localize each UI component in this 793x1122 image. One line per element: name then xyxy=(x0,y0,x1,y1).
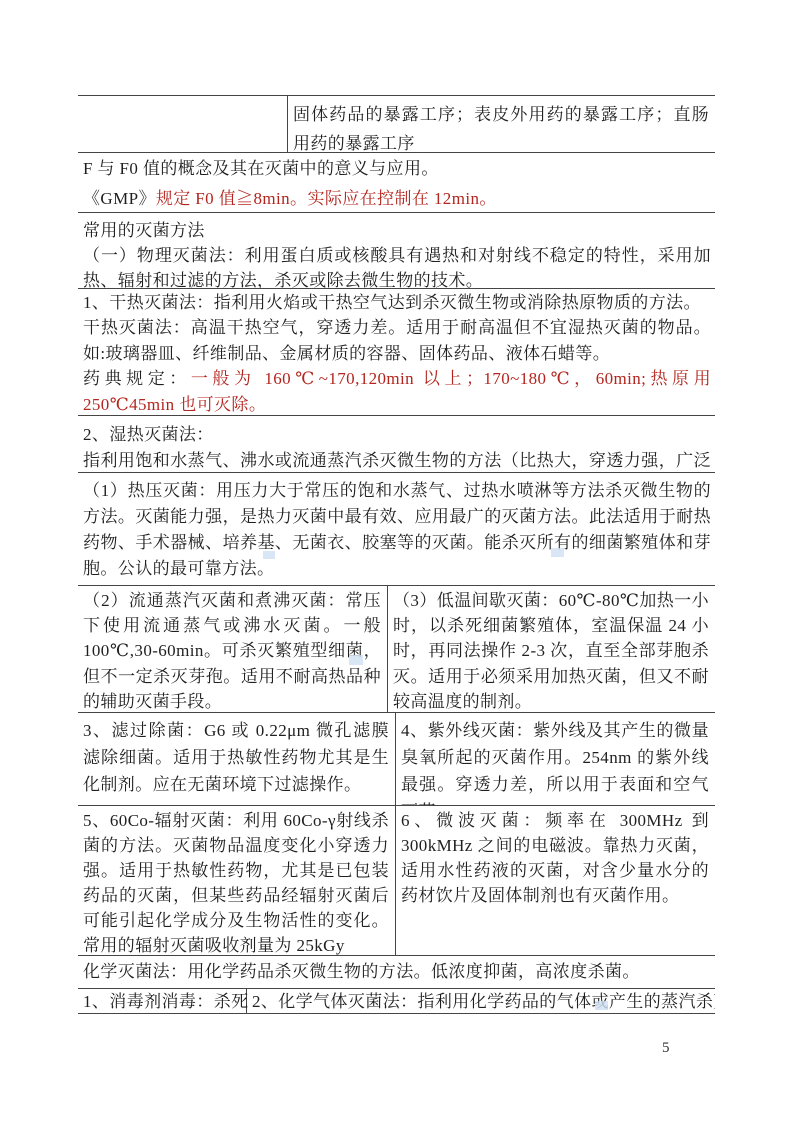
table-cell-filtration: 3、滤过除菌：G6 或 0.22μm 微孔滤膜滤除细菌。适用于热敏性药物尤其是生… xyxy=(78,713,396,805)
table-row-disinfectant-gas: 1、消毒剂消毒：杀死 2、化学气体灭菌法：指利用化学药品的气体或产生的蒸汽杀灭微 xyxy=(78,989,715,1014)
table-cell-chemical-gas: 2、化学气体灭菌法：指利用化学药品的气体或产生的蒸汽杀灭微 xyxy=(247,989,715,1013)
dry-heat-definition: 1、干热灭菌法：指利用火焰或干热空气达到杀灭微生物或消除热原物质的方法。 xyxy=(83,290,711,315)
radiation-text: 5、60Co-辐射灭菌：利用 60Co-γ射线杀菌的方法。灭菌物品温度变化小穿透… xyxy=(83,808,389,956)
table-row-filtration-uv: 3、滤过除菌：G6 或 0.22μm 微孔滤膜滤除细菌。适用于热敏性药物尤其是生… xyxy=(78,713,715,806)
wet-heat-title: 2、湿热灭菌法： xyxy=(83,422,711,448)
chemical-gas-text: 2、化学气体灭菌法：指利用化学药品的气体或产生的蒸汽杀灭微 xyxy=(252,991,715,1012)
disinfectant-text: 1、消毒剂消毒：杀死 xyxy=(83,991,240,1012)
physical-methods-intro: （一）物理灭菌法：利用蛋白质或核酸具有遇热和对射线不稳定的特性，采用加热、辐射和… xyxy=(83,243,711,289)
table-row-exposure: 固体药品的暴露工序；表皮外用药的暴露工序；直肠用药的暴露工序 xyxy=(78,96,715,153)
table-row-wet-heat: 2、湿热灭菌法： 指利用饱和水蒸气、沸水或流通蒸汽杀灭微生物的方法（比热大，穿透… xyxy=(78,416,715,473)
microwave-text: 6、微波灭菌：频率在 300MHz 到 300kMHz 之间的电磁波。靠热力灭菌… xyxy=(401,808,709,908)
watermark-artifact xyxy=(263,551,275,559)
table-row-flow-steam-low-temp: （2）流通蒸汽灭菌和煮沸灭菌：常压下使用流通蒸气或沸水灭菌。一般100℃,30-… xyxy=(78,586,715,713)
exposure-processes-text: 固体药品的暴露工序；表皮外用药的暴露工序；直肠用药的暴露工序 xyxy=(293,98,709,153)
watermark-artifact xyxy=(551,548,564,557)
table-cell-disinfectant: 1、消毒剂消毒：杀死 xyxy=(78,989,247,1013)
f0-concept-text: F 与 F0 值的概念及其在灭菌中的意义与应用。 xyxy=(78,153,715,183)
table-row-common-methods: 常用的灭菌方法 （一）物理灭菌法：利用蛋白质或核酸具有遇热和对射线不稳定的特性，… xyxy=(78,213,715,289)
common-methods-title: 常用的灭菌方法 xyxy=(83,218,711,243)
low-temp-text: （3）低温间歇灭菌：60℃-80℃加热一小时，以杀死细菌繁殖体，室温保温 24 … xyxy=(393,588,709,713)
table-cell-uv: 4、紫外线灭菌：紫外线及其产生的微量臭氧所起的灭菌作用。254nm 的紫外线最强… xyxy=(396,713,715,805)
table-row-radiation-microwave: 5、60Co-辐射灭菌：利用 60Co-γ射线杀菌的方法。灭菌物品温度变化小穿透… xyxy=(78,806,715,956)
watermark-artifact xyxy=(349,655,363,665)
table-cell-exposure-processes: 固体药品的暴露工序；表皮外用药的暴露工序；直肠用药的暴露工序 xyxy=(288,96,715,152)
table-row-chemical: 化学灭菌法：用化学药品杀灭微生物的方法。低浓度抑菌，高浓度杀菌。 xyxy=(78,956,715,989)
flow-steam-text: （2）流通蒸汽灭菌和煮沸灭菌：常压下使用流通蒸气或沸水灭菌。一般100℃,30-… xyxy=(83,588,381,713)
sterilization-table: 固体药品的暴露工序；表皮外用药的暴露工序；直肠用药的暴露工序 F 与 F0 值的… xyxy=(78,95,715,1014)
table-cell-microwave: 6、微波灭菌：频率在 300MHz 到 300kMHz 之间的电磁波。靠热力灭菌… xyxy=(396,806,715,955)
table-row-pressure-steam: （1）热压灭菌：用压力大于常压的饱和水蒸气、过热水喷淋等方法杀灭微生物的方法。灭… xyxy=(78,473,715,586)
gmp-rule-text: 《GMP》规定 F0 值≧8min。实际应在控制在 12min。 xyxy=(78,183,715,213)
wet-heat-description: 指利用饱和水蒸气、沸水或流通蒸汽杀灭微生物的方法（比热大，穿透力强，广泛应用） xyxy=(83,448,711,473)
table-row-dry-heat: 1、干热灭菌法：指利用火焰或干热空气达到杀灭微生物或消除热原物质的方法。 干热灭… xyxy=(78,289,715,416)
page-number: 5 xyxy=(662,1040,670,1057)
chemical-methods-text: 化学灭菌法：用化学药品杀灭微生物的方法。低浓度抑菌，高浓度杀菌。 xyxy=(83,960,711,984)
gmp-label: 《GMP》 xyxy=(83,189,156,208)
pharmacopoeia-label: 药典规定： xyxy=(83,369,191,388)
filtration-text: 3、滤过除菌：G6 或 0.22μm 微孔滤膜滤除细菌。适用于热敏性药物尤其是生… xyxy=(83,715,389,798)
dry-heat-pharmacopoeia: 药典规定：一般为 160℃~170,120min 以上；170~180℃，60m… xyxy=(83,366,711,416)
uv-text: 4、紫外线灭菌：紫外线及其产生的微量臭氧所起的灭菌作用。254nm 的紫外线最强… xyxy=(401,715,709,806)
table-cell-radiation: 5、60Co-辐射灭菌：利用 60Co-γ射线杀菌的方法。灭菌物品温度变化小穿透… xyxy=(78,806,396,955)
table-row-f0-gmp: F 与 F0 值的概念及其在灭菌中的意义与应用。 《GMP》规定 F0 值≧8m… xyxy=(78,153,715,213)
table-cell-low-temp: （3）低温间歇灭菌：60℃-80℃加热一小时，以杀死细菌繁殖体，室温保温 24 … xyxy=(388,586,715,712)
pressure-steam-description: （1）热压灭菌：用压力大于常压的饱和水蒸气、过热水喷淋等方法杀灭微生物的方法。灭… xyxy=(83,478,711,582)
table-cell-flow-steam: （2）流通蒸汽灭菌和煮沸灭菌：常压下使用流通蒸气或沸水灭菌。一般100℃,30-… xyxy=(78,586,388,712)
table-cell-empty xyxy=(78,96,288,152)
dry-heat-description: 干热灭菌法：高温干热空气，穿透力差。适用于耐高温但不宜湿热灭菌的物品。如:玻璃器… xyxy=(83,315,711,366)
gmp-rule-red-text: 规定 F0 值≧8min。实际应在控制在 12min。 xyxy=(156,189,497,208)
watermark-artifact xyxy=(595,1001,608,1010)
